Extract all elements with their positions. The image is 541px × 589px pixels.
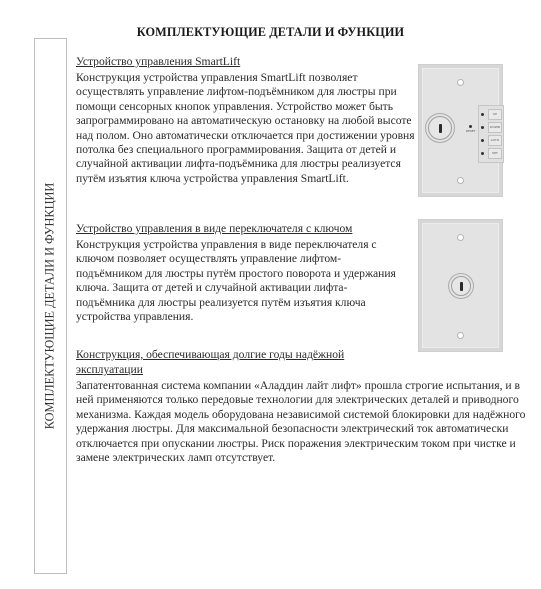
- screw-icon: [457, 177, 464, 184]
- set-button-label: SET: [488, 148, 502, 159]
- panel-row: DOWN: [479, 122, 505, 134]
- section-body: Конструкция устройства управления SmartL…: [76, 71, 416, 186]
- key-lock-icon: [428, 116, 452, 140]
- led-icon: [481, 152, 484, 155]
- screw-icon: [457, 332, 464, 339]
- section-title: Конструкция, обеспечивающая долгие годы …: [76, 347, 376, 377]
- down-button-label: DOWN: [488, 122, 502, 133]
- section-key-switch: Устройство управления в виде переключате…: [76, 221, 406, 324]
- key-lock-icon: [451, 276, 471, 296]
- smartlift-control-illustration: RESET UP DOWN AUTO SET: [418, 64, 503, 197]
- key-slot-icon: [460, 282, 463, 291]
- section-smartlift: Устройство управления SmartLift Конструк…: [76, 54, 416, 186]
- button-panel: UP DOWN AUTO SET: [478, 105, 504, 163]
- up-button-label: UP: [488, 109, 502, 120]
- screw-icon: [457, 79, 464, 86]
- section-reliability: Конструкция, обеспечивающая долгие годы …: [76, 347, 536, 465]
- screw-icon: [457, 234, 464, 241]
- section-title: Устройство управления SmartLift: [76, 54, 416, 69]
- reset-led-icon: [469, 125, 472, 128]
- led-icon: [481, 126, 484, 129]
- section-title: Устройство управления в виде переключате…: [76, 221, 406, 236]
- led-icon: [481, 139, 484, 142]
- panel-row: AUTO: [479, 135, 505, 147]
- key-slot-icon: [439, 124, 442, 133]
- page-title: КОМПЛЕКТУЮЩИЕ ДЕТАЛИ И ФУНКЦИИ: [0, 25, 541, 40]
- led-icon: [481, 113, 484, 116]
- section-body: Запатентованная система компании «Аладди…: [76, 379, 536, 465]
- section-body: Конструкция устройства управления в виде…: [76, 238, 406, 324]
- panel-row: SET: [479, 148, 505, 160]
- side-label: КОМПЛЕКТУЮЩИЕ ДЕТАЛИ И ФУНКЦИИ: [43, 183, 58, 430]
- auto-button-label: AUTO: [488, 135, 502, 146]
- panel-row: UP: [479, 109, 505, 121]
- reset-label: RESET: [466, 129, 476, 133]
- key-switch-illustration: [418, 219, 503, 352]
